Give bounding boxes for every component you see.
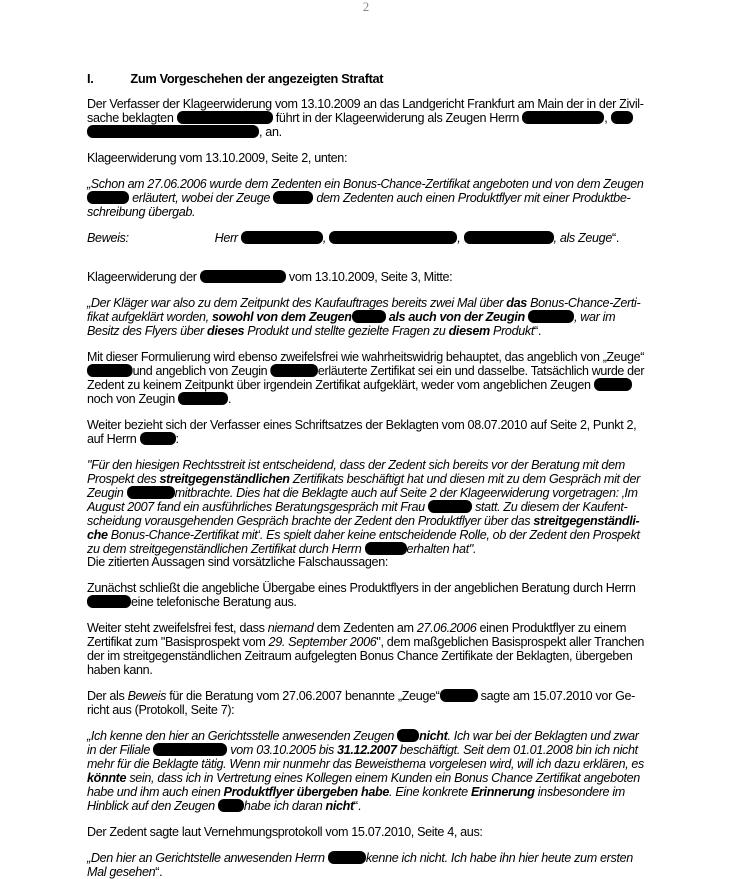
text-run: Zedent zu keinem Zeitpunkt über irgendei… [87,378,594,392]
text-line: "Für den hiesigen Rechtsstreit ist entsc… [87,458,625,472]
text-line: auf Herrn : [87,432,179,446]
text-run: niemand [268,621,314,635]
text-run: erhalten hat". [407,542,477,556]
text-run: Mit dieser Formulierung wird ebenso zwei… [87,350,644,364]
redaction-block [200,270,286,283]
text-run: „Ich kenne den hier an Gerichtsstelle an… [87,729,397,743]
text-run: sowohl von dem Zeugen [212,310,352,324]
text-line: Der als Beweis für die Beratung vom 27.0… [87,689,635,703]
text-run: haben kann. [87,663,152,677]
text-line: , an. [87,125,282,139]
text-run: scheidung vorausgehenden Gespräch bracht… [87,514,533,528]
text-run: nicht [419,729,447,743]
redaction-block [241,231,323,244]
redaction-block [428,500,472,513]
text-line: scheidung vorausgehenden Gespräch bracht… [87,514,639,528]
redaction-block [464,231,554,244]
text-line: Klageerwiderung vom 13.10.2009, Seite 2,… [87,151,347,165]
text-line: Zedent zu keinem Zeitpunkt über irgendei… [87,378,632,392]
text-line: „Schon am 27.06.2006 wurde dem Zedenten … [87,177,644,191]
redaction-block [352,310,386,323]
text-line: Zertifikat zum "Basisprospekt vom 29. Se… [87,635,644,649]
text-run: kenne ich nicht. Ich habe ihn hier heute… [366,851,633,865]
text-line: Der Verfasser der Klageerwiderung vom 13… [87,97,644,111]
redaction-block [177,111,273,124]
text-run: Zertifikats beschäftigt hat und diesen m… [290,472,640,486]
text-line: Weiter bezieht sich der Verfasser eines … [87,418,636,432]
text-run: „Schon am 27.06.2006 wurde dem Zedenten … [87,177,644,191]
text-run: , war im [574,310,615,324]
text-run: sagte am 15.07.2010 vor Ge- [478,689,636,703]
redaction-block [365,542,407,555]
text-run: Produkt [490,324,534,338]
text-run: Prospekt des [87,472,159,486]
redaction-block [522,111,604,124]
text-line: habe und ihm auch einen Produktflyer übe… [87,785,625,799]
text-run: “. [612,231,619,245]
text-run: habe und ihm auch einen [87,785,224,799]
text-run: dem Zedenten am [314,621,417,635]
text-line: erläutert, wobei der Zeuge dem Zedenten … [87,191,630,205]
text-line: der im streitgegenständlichen Zeitraum a… [87,649,632,663]
text-line: „Den hier an Gerichtstelle anwesenden He… [87,851,633,865]
text-run: dem Zedenten auch einen Produktflyer mit… [313,191,630,205]
text-run: in der Filiale [87,743,153,757]
text-run: Hinblick auf den Zeugen [87,799,218,813]
text-run: insbesondere im [535,785,625,799]
text-line: Klageerwiderung der vom 13.10.2009, Seit… [87,270,452,284]
text-run: schreibung übergab. [87,205,195,219]
text-run: diesem [449,324,490,338]
text-run: erläuterte Zertifikat sei ein und dassel… [318,364,644,378]
text-line: Zeugin mitbrachte. Dies hat die Beklagte… [87,486,638,500]
text-run: richt aus (Protokoll, Seite 7): [87,703,234,717]
text-run: August 2007 fand ein ausführliches Berat… [87,500,428,514]
text-line: haben kann. [87,663,152,677]
text-line: „Der Kläger war also zu dem Zeitpunkt de… [87,296,640,310]
text-run: eine telefonische Beratung aus. [131,595,297,609]
redaction-block [273,191,313,204]
text-line: Prospekt des streitgegenständlichen Zert… [87,472,640,486]
text-run: zu dem streitgegenständlichen Zertifikat… [87,542,365,556]
text-run: “. [354,799,361,813]
redaction-block [270,364,318,377]
text-run: Produkt und stellte gezielte Fragen zu [244,324,448,338]
text-run: 27.06.2006 [417,621,477,635]
text-line: und angeblich von Zeugin erläuterte Zert… [87,364,644,378]
redaction-block [329,231,457,244]
text-line: sache beklagten führt in der Klageerwide… [87,111,633,125]
text-run: und angeblich von Zeugin [133,364,271,378]
redaction-block [218,799,244,812]
text-line: „Ich kenne den hier an Gerichtsstelle an… [87,729,639,743]
document-page: 2 I.Zum Vorgeschehen der angezeigten Str… [0,0,732,879]
text-run: „Der Kläger war also zu dem Zeitpunkt de… [87,296,506,310]
text-run: Der als [87,689,128,703]
redaction-block [140,432,176,445]
redaction-block [328,851,366,864]
text-run: könnte [87,771,126,785]
text-run: Weiter bezieht sich der Verfasser eines … [87,418,636,432]
text-run: als auch von der Zeugin [386,310,528,324]
text-line: Zunächst schließt die angebliche Übergab… [87,581,636,595]
redaction-block [87,595,131,608]
text-line: schreibung übergab. [87,205,195,219]
text-run: Der Verfasser der Klageerwiderung vom 13… [87,97,644,111]
redaction-block [87,191,129,204]
text-run: streitgegenständlichen [159,472,289,486]
text-run: beschäftigt. Seit dem 01.01.2008 bin ich… [397,743,638,757]
text-run: . Ich war bei der Beklagten und zwar [448,729,639,743]
text-run: der im streitgegenständlichen Zeitraum a… [87,649,632,663]
text-run: Herr [215,231,241,245]
text-run: das [506,296,527,310]
text-run: vom 03.10.2005 bis [227,743,337,757]
text-line: fikat aufgeklärt worden, sowohl von dem … [87,310,615,324]
text-run: Klageerwiderung vom 13.10.2009, Seite 2,… [87,151,347,165]
redaction-block [611,111,633,124]
text-line: Beweis:Herr , , , als Zeuge“. [87,231,619,245]
text-run: sache beklagten [87,111,177,125]
text-run: habe ich daran [244,799,326,813]
text-run: statt. Zu diesem der Kaufent- [472,500,627,514]
redaction-block [594,378,632,391]
text-run: Die zitierten Aussagen sind vorsätzliche… [87,555,388,569]
text-line: Der Zedent sagte laut Vernehmungsprotoko… [87,825,483,839]
text-run: erläutert, wobei der Zeuge [129,191,273,205]
text-line: Weiter steht zweifelsfrei fest, dass nie… [87,621,626,635]
text-run: "Für den hiesigen Rechtsstreit ist entsc… [87,458,625,472]
text-line: Hinblick auf den Zeugen habe ich daran n… [87,799,361,813]
text-run: sein, dass ich in Vertretung eines Kolle… [126,771,640,785]
text-run: Weiter steht zweifelsfrei fest, dass [87,621,268,635]
text-line: eine telefonische Beratung aus. [87,595,297,609]
text-line: Die zitierten Aussagen sind vorsätzliche… [87,555,388,569]
text-line: mehr für die Beklagte tätig. Wenn mir nu… [87,757,644,771]
text-run: Klageerwiderung der [87,270,200,284]
text-run: 29. September 2006 [269,635,377,649]
text-run: , [457,231,463,245]
text-run: „Den hier an Gerichtstelle anwesenden He… [87,851,328,865]
text-line: könnte sein, dass ich in Vertretung eine… [87,771,640,785]
redaction-block [397,729,419,742]
text-line: August 2007 fand ein ausführliches Berat… [87,500,627,514]
text-run: , an. [259,125,282,139]
text-run: “. [534,324,541,338]
text-run: streitgegenständli- [533,514,639,528]
text-run: che [87,528,108,542]
text-run: , [604,111,610,125]
text-line: Besitz des Flyers über dieses Produkt un… [87,324,541,338]
text-run: Mal gesehen [87,865,155,879]
text-run: noch von Zeugin [87,392,178,406]
text-line: richt aus (Protokoll, Seite 7): [87,703,234,717]
text-run: Zertifikat zum "Basisprospekt vom [87,635,269,649]
section-heading: I.Zum Vorgeschehen der angezeigten Straf… [87,72,383,86]
text-line: in der Filiale vom 03.10.2005 bis 31.12.… [87,743,638,757]
text-run: Bonus-Chance-Zerti- [527,296,640,310]
text-run: 31.12.2007 [337,743,397,757]
text-run: vom 13.10.2009, Seite 3, Mitte: [286,270,453,284]
text-run: . [228,392,231,406]
text-run: fikat aufgeklärt worden, [87,310,212,324]
text-run: Erinnerung [471,785,535,799]
text-line: zu dem streitgegenständlichen Zertifikat… [87,542,476,556]
text-line: Mal gesehen“. [87,865,162,879]
text-line: Mit dieser Formulierung wird ebenso zwei… [87,350,644,364]
redaction-block [127,486,175,499]
text-run: Besitz des Flyers über [87,324,207,338]
text-run: “. [155,865,162,879]
text-line: noch von Zeugin . [87,392,231,406]
text-run: dieses [207,324,244,338]
text-run: : [176,432,179,446]
redaction-block [440,689,478,702]
redaction-block [153,743,227,756]
text-run: I. [87,71,93,86]
text-run: Beweis: [87,231,129,245]
text-run: auf Herrn [87,432,140,446]
text-run: mitbrachte. Dies hat die Beklagte auch a… [175,486,638,500]
text-run: Bonus-Chance-Zertifikat mit‘. Es spielt … [108,528,640,542]
redaction-block [528,310,574,323]
text-run: für die Beratung vom 27.06.2007 benannte… [166,689,439,703]
text-run: ", dem maßgeblichen Basisprospekt aller … [376,635,644,649]
text-run: Beweis [128,689,167,703]
text-run: mehr für die Beklagte tätig. Wenn mir nu… [87,757,644,771]
text-run: , als Zeuge [554,231,612,245]
text-run: führt in der Klageerwiderung als Zeugen … [273,111,523,125]
redaction-block [178,392,228,405]
text-run: nicht [326,799,354,813]
text-run: Zum Vorgeschehen der angezeigten Strafta… [130,71,383,86]
redaction-block [87,364,133,377]
text-run: Zeugin [87,486,127,500]
page-number: 2 [0,0,732,14]
redaction-block [87,125,259,138]
text-run: . Eine konkrete [389,785,471,799]
text-run: Produktflyer übergeben habe [224,785,390,799]
text-run: Der Zedent sagte laut Vernehmungsprotoko… [87,825,483,839]
text-run: einen Produktflyer zu einem [476,621,626,635]
text-run: Zunächst schließt die angebliche Übergab… [87,581,636,595]
text-line: che Bonus-Chance-Zertifikat mit‘. Es spi… [87,528,640,542]
